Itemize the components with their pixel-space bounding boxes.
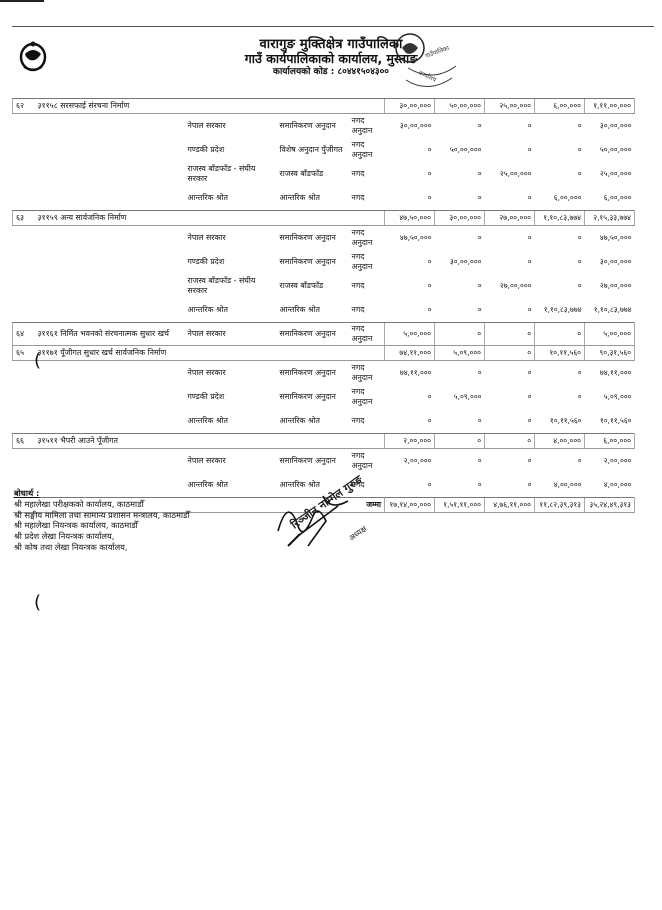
funding-source: राजस्व बाँडफाँड - संघीय सरकार [185,274,277,298]
table-row: ६२३११५८ सरसफाई संरचना निर्माण३०,००,०००५०… [13,99,635,114]
funding-source: नेपाल सरकार [185,226,277,251]
amount-cell: ६,००,००० [535,186,585,211]
amount-cell: ० [435,186,485,211]
funding-source: नेपाल सरकार [185,449,277,474]
recipient-item: श्री सङ्घीय मामिला तथा सामान्य प्रशासन म… [14,510,190,521]
total-amount: १,५१,११,००० [435,498,485,513]
row-number: ६३ [13,211,35,226]
source-row: गण्डकी प्रदेशविशेष अनुदान पुँजीगतनगद अनु… [13,138,635,162]
funding-source: नेपाल सरकार [185,323,277,346]
amount-cell: २७,००,००० [485,211,535,226]
stray-mark: ( [34,592,41,613]
amount-cell: ० [485,226,535,251]
grant-type: समानिकरण अनुदान [277,361,349,386]
grant-type: आन्तरिक श्रोत [277,409,349,434]
row-number: ६४ [13,323,35,346]
amount-cell: ० [535,114,585,139]
amount-cell: ० [435,323,485,346]
amount-cell: ० [535,138,585,162]
amount-cell: २,००,००० [585,449,635,474]
amount-cell: ० [485,449,535,474]
amount-cell: १०,११,५६० [535,346,585,361]
payment-mode: नगद अनुदान [349,323,385,346]
grant-type: आन्तरिक श्रोत [277,186,349,211]
amount-cell: ० [485,114,535,139]
payment-mode: नगद [349,162,385,186]
amount-cell: ० [385,409,435,434]
amount-cell: ३०,००,००० [585,250,635,274]
source-row: आन्तरिक श्रोतआन्तरिक श्रोतनगद०००६,००,०००… [13,186,635,211]
funding-source: गण्डकी प्रदेश [185,250,277,274]
grant-type: समानिकरण अनुदान [277,385,349,409]
amount-cell: ० [435,449,485,474]
payment-mode: नगद अनुदान [349,385,385,409]
grant-type: समानिकरण अनुदान [277,323,349,346]
amount-cell: २,१५,३३,७७४ [585,211,635,226]
amount-cell: ० [435,298,485,323]
amount-cell: ७४,११,००० [385,361,435,386]
amount-cell: ० [535,274,585,298]
amount-cell: ५,००,००० [385,323,435,346]
amount-cell: १,११,००,००० [585,99,635,114]
amount-cell: ० [435,434,485,449]
amount-cell: ० [535,250,585,274]
amount-cell: ४७,५०,००० [385,211,435,226]
amount-cell: ६,००,००० [535,99,585,114]
payment-mode: नगद [349,186,385,211]
amount-cell: ० [485,138,535,162]
funding-source: गण्डकी प्रदेश [185,385,277,409]
table-row: ६६३१५११ भैपरी आउने पूँजीगत२,००,०००००४,००… [13,434,635,449]
amount-cell: ४,००,००० [585,473,635,498]
grant-type: समानिकरण अनुदान [277,114,349,139]
amount-cell: ५,०९,००० [585,385,635,409]
row-title: ३११६१ निर्मित भवनको संरचनात्मक सुधार खर्… [35,323,185,346]
table-row: ६३३११५९ अन्य सार्वजनिक निर्माण४७,५०,०००३… [13,211,635,226]
total-amount: ११,८२,३९,३१३ [535,498,585,513]
row-number: ६६ [13,434,35,449]
amount-cell: ३०,००,००० [435,250,485,274]
source-row: राजस्व बाँडफाँड - संघीय सरकारराजस्व बाँड… [13,162,635,186]
amount-cell: १,१०,८३,७७४ [535,211,585,226]
amount-cell: ० [485,298,535,323]
payment-mode: नगद अनुदान [349,226,385,251]
funding-source: गण्डकी प्रदेश [185,138,277,162]
amount-cell: ० [435,274,485,298]
source-row: नेपाल सरकारसमानिकरण अनुदाननगद अनुदान४७,५… [13,226,635,251]
amount-cell: ० [435,162,485,186]
payment-mode: नगद अनुदान [349,361,385,386]
amount-cell: ७४,११,००० [385,346,435,361]
amount-cell: ० [385,186,435,211]
funding-source: आन्तरिक श्रोत [185,409,277,434]
source-row: आन्तरिक श्रोतआन्तरिक श्रोतनगद०००१,१०,८३,… [13,298,635,323]
row-number: ६२ [13,99,35,114]
payment-mode: नगद [349,274,385,298]
recipients-list: बोधार्थ : श्री महालेखा परीक्षकको कार्याल… [14,488,190,553]
top-rule [12,26,654,27]
amount-cell: ४७,५०,००० [585,226,635,251]
row-number: ६५ [13,346,35,361]
amount-cell: ४७,५०,००० [385,226,435,251]
source-row: राजस्व बाँडफाँड - संघीय सरकारराजस्व बाँड… [13,274,635,298]
amount-cell: ० [485,434,535,449]
amount-cell: ० [435,114,485,139]
amount-cell: ० [385,385,435,409]
grant-type: विशेष अनुदान पुँजीगत [277,138,349,162]
office-stamp-icon: गाउँपालिका कार्यालय [388,28,458,98]
amount-cell: ५,०९,००० [435,385,485,409]
amount-cell: ० [435,226,485,251]
funding-source: नेपाल सरकार [185,114,277,139]
payment-mode: नगद अनुदान [349,138,385,162]
source-row: नेपाल सरकारसमानिकरण अनुदाननगद अनुदान२,००… [13,449,635,474]
amount-cell: ४,००,००० [535,434,585,449]
amount-cell: ० [435,473,485,498]
amount-cell: ६,००,००० [585,434,635,449]
amount-cell: १,१०,८३,७७४ [535,298,585,323]
table-row: ६५३११७१ पूँजीगत सुधार खर्च सार्वजनिक निर… [13,346,635,361]
recipients-title: बोधार्थ : [14,488,190,499]
amount-cell: ० [485,250,535,274]
svg-text:कार्यालय: कार्यालय [417,69,438,84]
amount-cell: ० [535,449,585,474]
amount-cell: ० [385,162,435,186]
scan-edge-mark [0,0,44,2]
grant-type: राजस्व बाँडफाँड [277,274,349,298]
grant-type: समानिकरण अनुदान [277,449,349,474]
amount-cell: २५,००,००० [585,162,635,186]
amount-cell: ३०,००,००० [435,211,485,226]
amount-cell: ४,००,००० [535,473,585,498]
amount-cell: ० [485,361,535,386]
total-amount: ४,७६,११,००० [485,498,535,513]
amount-cell: २५,००,००० [485,162,535,186]
amount-cell: ६,००,००० [585,186,635,211]
source-row: गण्डकी प्रदेशसमानिकरण अनुदाननगद अनुदान०५… [13,385,635,409]
total-amount: ३५,२४,४९,३१३ [585,498,635,513]
amount-cell: ० [385,298,435,323]
amount-cell: २७,००,००० [585,274,635,298]
amount-cell: ५०,००,००० [435,138,485,162]
amount-cell: १०,११,५६० [585,409,635,434]
source-row: आन्तरिक श्रोतआन्तरिक श्रोतनगद०००१०,११,५६… [13,409,635,434]
amount-cell: ७४,११,००० [585,361,635,386]
amount-cell: ० [485,473,535,498]
amount-cell: ० [385,250,435,274]
payment-mode: नगद अनुदान [349,449,385,474]
amount-cell: ० [385,274,435,298]
payment-mode: नगद [349,409,385,434]
amount-cell: २,००,००० [385,434,435,449]
recipient-item: श्री महालेखा नियन्त्रक कार्यालय, काठमाडौ… [14,520,190,531]
source-row: गण्डकी प्रदेशसमानिकरण अनुदाननगद अनुदान०३… [13,250,635,274]
amount-cell: २५,००,००० [485,99,535,114]
payment-mode: नगद अनुदान [349,250,385,274]
office-code: कार्यालयको कोड : ८०४४१५०४३०० [0,66,662,79]
funding-source: आन्तरिक श्रोत [185,473,277,498]
amount-cell: ० [485,323,535,346]
funding-source: आन्तरिक श्रोत [185,298,277,323]
amount-cell: ० [435,361,485,386]
municipality-name: वारागुङ मुक्तिक्षेत्र गाउँपालिका [0,38,662,52]
table-row: ६४३११६१ निर्मित भवनको संरचनात्मक सुधार ख… [13,323,635,346]
recipient-item: श्री महालेखा परीक्षकको कार्यालय, काठमाडौ… [14,499,190,510]
amount-cell: ५,००,००० [585,323,635,346]
payment-mode: नगद [349,298,385,323]
grant-type: आन्तरिक श्रोत [277,298,349,323]
amount-cell: ० [385,138,435,162]
amount-cell: २,००,००० [385,449,435,474]
amount-cell: ० [535,162,585,186]
amount-cell: ० [535,323,585,346]
amount-cell: ९०,३१,५६० [585,346,635,361]
svg-text:गाउँपालिका: गाउँपालिका [424,44,451,60]
budget-table: ६२३११५८ सरसफाई संरचना निर्माण३०,००,०००५०… [12,98,635,513]
amount-cell: ० [485,346,535,361]
amount-cell: ५,०९,००० [435,346,485,361]
amount-cell: १०,११,५६० [535,409,585,434]
funding-source: आन्तरिक श्रोत [185,186,277,211]
office-name: गाउँ कार्यपालिकाको कार्यालय, मुस्ताङ [0,52,662,66]
grant-type: राजस्व बाँडफाँड [277,162,349,186]
amount-cell: ० [535,226,585,251]
recipient-item: श्री प्रदेश लेखा नियन्त्रक कार्यालय, [14,531,190,542]
stray-mark: ( [34,350,41,371]
amount-cell: १,१०,८३,७७४ [585,298,635,323]
amount-cell: ० [535,385,585,409]
funding-source: राजस्व बाँडफाँड - संघीय सरकार [185,162,277,186]
amount-cell: ३०,००,००० [385,99,435,114]
amount-cell: ० [485,385,535,409]
payment-mode: नगद अनुदान [349,114,385,139]
grant-type: समानिकरण अनुदान [277,226,349,251]
amount-cell: २७,००,००० [485,274,535,298]
amount-cell: ३०,००,००० [585,114,635,139]
amount-cell: ५०,००,००० [585,138,635,162]
funding-source: नेपाल सरकार [185,361,277,386]
amount-cell: ० [485,409,535,434]
amount-cell: ३०,००,००० [385,114,435,139]
grant-type: समानिकरण अनुदान [277,250,349,274]
source-row: नेपाल सरकारसमानिकरण अनुदाननगद अनुदान७४,१… [13,361,635,386]
amount-cell: ० [535,361,585,386]
row-title: ३११७१ पूँजीगत सुधार खर्च सार्वजनिक निर्म… [35,346,385,361]
row-title: ३११५८ सरसफाई संरचना निर्माण [35,99,385,114]
row-title: ३११५९ अन्य सार्वजनिक निर्माण [35,211,385,226]
source-row: नेपाल सरकारसमानिकरण अनुदाननगद अनुदान३०,०… [13,114,635,139]
amount-cell: ० [435,409,485,434]
recipient-item: श्री कोष तथा लेखा नियन्त्रक कार्यालय, [14,542,190,553]
amount-cell: ५०,००,००० [435,99,485,114]
row-title: ३१५११ भैपरी आउने पूँजीगत [35,434,385,449]
letterhead: वारागुङ मुक्तिक्षेत्र गाउँपालिका गाउँ का… [0,38,662,79]
amount-cell: ० [485,186,535,211]
